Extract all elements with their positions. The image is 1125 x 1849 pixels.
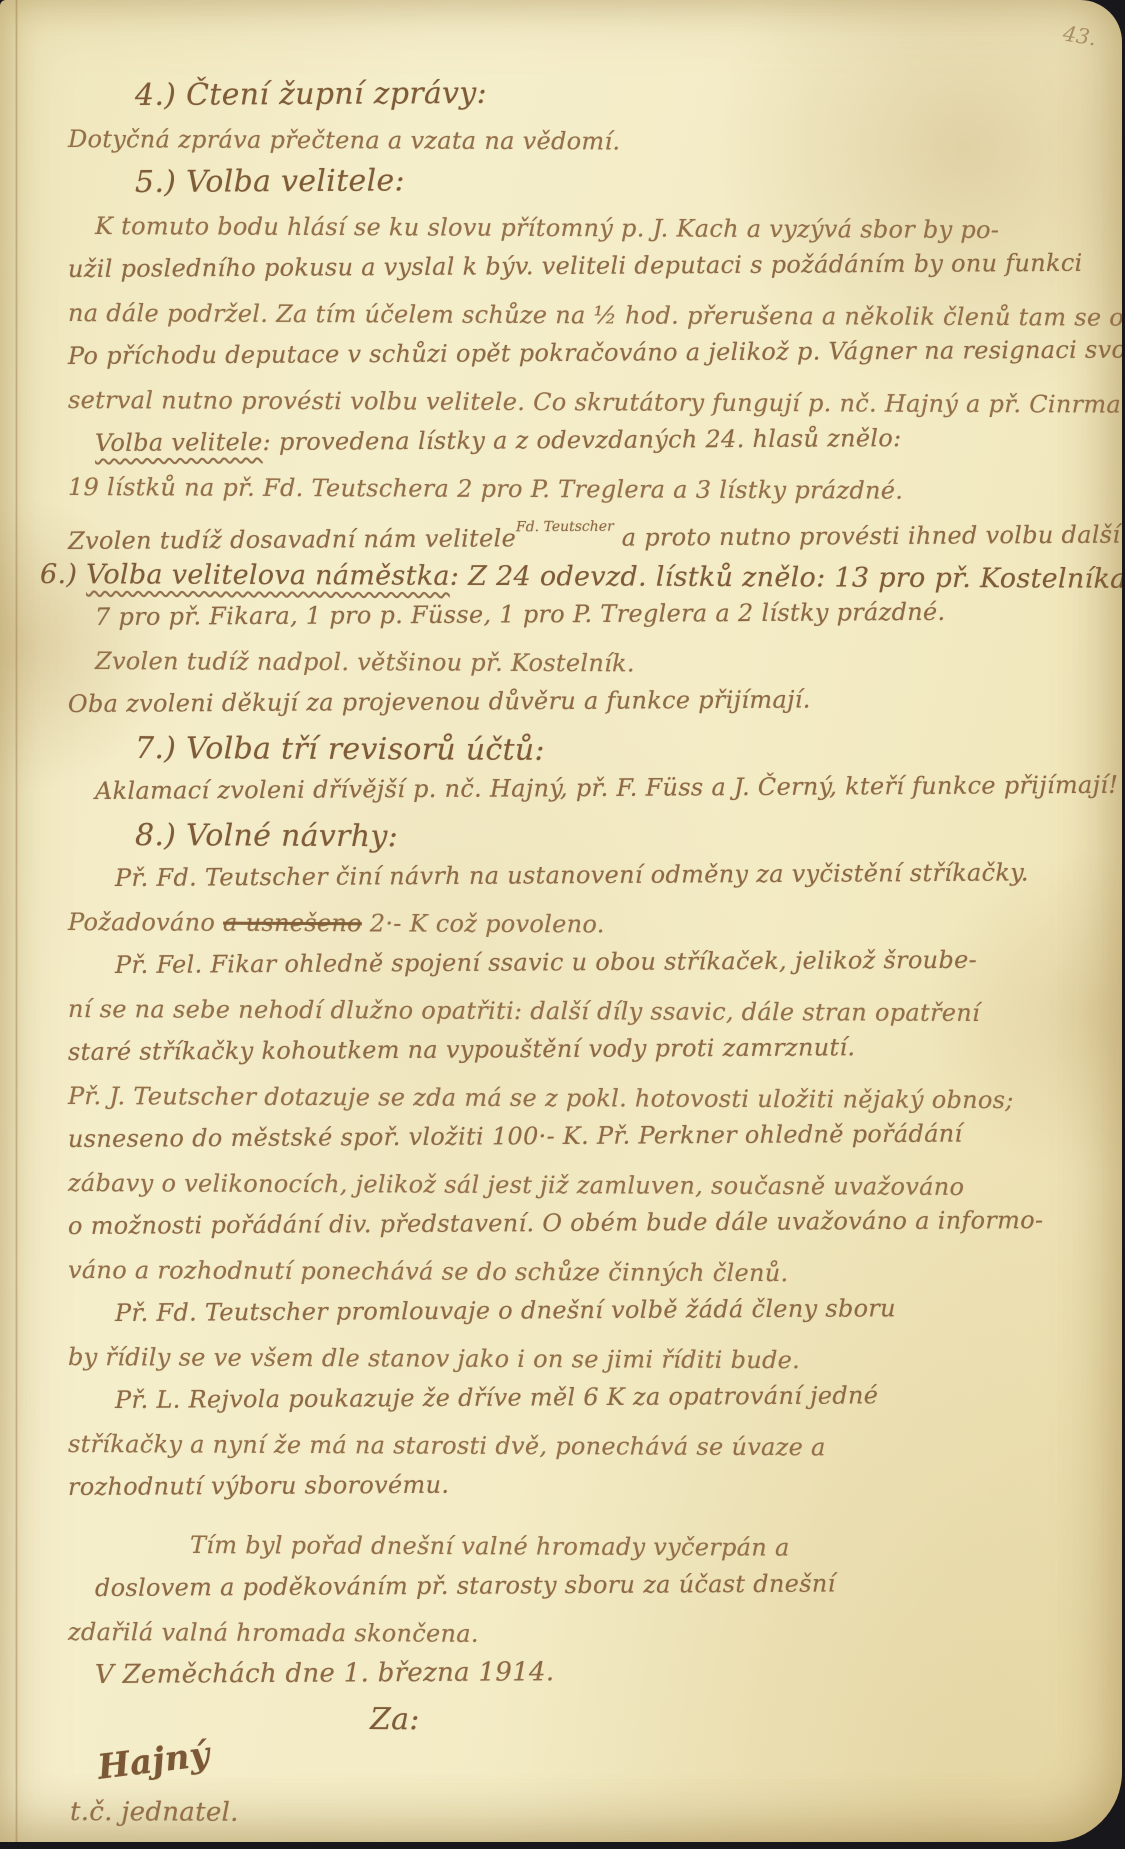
manuscript-line: Oba zvoleni děkují za projevenou důvěru … [68, 677, 1094, 727]
manuscript-line: doslovem a poděkováním př. starosty sbor… [95, 1561, 1094, 1611]
text-segment: staré stříkačky kohoutkem na vypouštění … [68, 1033, 856, 1066]
manuscript-line: t.č. jednatel. [70, 1791, 1094, 1839]
text-segment: doslovem a poděkováním př. starosty sbor… [95, 1569, 836, 1602]
manuscript-line: staré stříkačky kohoutkem na vypouštění … [68, 1025, 1094, 1075]
manuscript-line: Př. L. Rejvola poukazuje že dříve měl 6 … [115, 1373, 1094, 1422]
manuscript-line: Př. Fd. Teutscher promlouvaje o dnešní v… [115, 1286, 1094, 1335]
text-segment: Př. J. Teutscher dotazuje se zda má se z… [68, 1082, 1014, 1114]
text-segment: by řídily se ve všem dle stanov jako i o… [68, 1343, 800, 1374]
text-segment: váno a rozhodnutí ponechává se do schůze… [68, 1256, 789, 1287]
manuscript-line: Volba velitele: provedena lístky a z ode… [95, 416, 1094, 466]
text-segment: Aklamací zvoleni dřívější p. nč. Hajný, … [95, 771, 1118, 805]
manuscript-page: 43. 4.) Čtení župní zprávy:Dotyčná zpráv… [0, 0, 1122, 1842]
manuscript-line: Aklamací zvoleni dřívější p. nč. Hajný, … [95, 764, 1094, 814]
inserted-text: Fd. Teutscher [516, 519, 614, 536]
text-segment: 2·- K což povoleno. [362, 909, 605, 938]
text-segment: : Z 24 odevzd. lístků znělo: 13 pro př. … [450, 560, 1122, 594]
manuscript-line: Po příchodu deputace v schůzi opět pokra… [68, 329, 1094, 379]
manuscript-line: 4.) Čtení župní zprávy: [135, 68, 1094, 117]
text-segment: 4.) Čtení župní zprávy: [135, 76, 487, 113]
text-segment: Hajný [95, 1734, 211, 1787]
manuscript-line: 7 pro př. Fikara, 1 pro p. Füsse, 1 pro … [95, 590, 1094, 640]
text-segment: 7.) Volba tří revisorů účtů: [135, 731, 545, 768]
text-segment: na dále podržel. Za tím účelem schůze na… [68, 299, 1122, 332]
text-segment: 5.) Volba velitele: [135, 163, 405, 200]
text-segment: Požadováno [68, 908, 223, 937]
text-segment: Oba zvoleni děkují za projevenou důvěru … [68, 685, 811, 718]
text-segment: t.č. jednatel. [70, 1797, 239, 1828]
manuscript-line: o možnosti pořádání div. představení. O … [68, 1199, 1094, 1249]
manuscript-line: Př. Fel. Fikar ohledně spojení ssavic u … [115, 938, 1094, 987]
text-segment: zábavy o velikonocích, jelikož sál jest … [68, 1169, 964, 1201]
text-segment: stříkačky a nyní že má na starosti dvě, … [68, 1430, 826, 1461]
text-segment: Př. Fel. Fikar ohledně spojení ssavic u … [115, 946, 977, 979]
text-segment: Tím byl pořad dnešní valné hromady vyčer… [190, 1531, 790, 1562]
text-segment: Po příchodu deputace v schůzi opět pokra… [68, 335, 1122, 370]
text-segment: Př. Fd. Teutscher promlouvaje o dnešní v… [115, 1294, 896, 1327]
text-segment: V Zeměchách dne 1. března 1914. [95, 1657, 555, 1690]
text-segment: Zvolen tudíž dosavadní nám velitele [68, 524, 516, 555]
underlined-text: Volba velitelova náměstka [86, 559, 450, 592]
text-segment: Zvolen tudíž nadpol. většinou př. Kostel… [95, 647, 635, 677]
text-segment: Př. L. Rejvola poukazuje že dříve měl 6 … [115, 1381, 878, 1414]
text-segment: Př. Fd. Teutscher činí návrh na ustanove… [115, 858, 1029, 892]
manuscript-line: rozhodnutí výboru sborovému. [68, 1460, 1094, 1510]
text-segment: : provedena lístky a z odevzdaných 24. h… [263, 424, 902, 456]
manuscript-line: užil posledního pokusu a vyslal k býv. v… [68, 242, 1094, 292]
manuscript-line: Př. Fd. Teutscher činí návrh na ustanove… [115, 851, 1094, 900]
text-segment: 6.) [40, 559, 86, 590]
text-segment: rozhodnutí výboru sborovému. [68, 1471, 449, 1501]
text-segment: užil posledního pokusu a vyslal k býv. v… [68, 249, 1083, 283]
manuscript-lines: 4.) Čtení župní zprávy:Dotyčná zpráva př… [40, 74, 1094, 1834]
page-number: 43. [1061, 22, 1098, 51]
text-segment: ní se na sebe nehodí dlužno opatřiti: da… [68, 995, 980, 1027]
text-segment: 19 lístků na př. Fd. Teutschera 2 pro P.… [68, 473, 903, 505]
text-segment: o možnosti pořádání div. představení. O … [68, 1206, 1044, 1240]
struck-text: a usnešeno [223, 908, 362, 937]
underlined-text: Volba velitele [95, 428, 263, 457]
text-segment: usneseno do městské spoř. vložiti 100·- … [68, 1120, 963, 1153]
text-segment: 7 pro př. Fikara, 1 pro p. Füsse, 1 pro … [95, 598, 946, 631]
text-segment: setrval nutno provésti volbu velitele. C… [68, 386, 1122, 419]
text-segment: zdařilá valná hromada skončena. [68, 1618, 479, 1648]
text-segment: a proto nutno provésti ihned volbu další… [614, 521, 1122, 552]
text-segment: Dotyčná zpráva přečtena a vzata na vědom… [68, 125, 621, 155]
manuscript-line: Zvolen tudíž dosavadní nám veliteleFd. T… [68, 503, 1094, 553]
text-segment: 8.) Volné návrhy: [135, 818, 398, 854]
manuscript-line: 5.) Volba velitele: [135, 155, 1094, 204]
manuscript-line: usneseno do městské spoř. vložiti 100·- … [68, 1112, 1094, 1162]
text-segment: K tomuto bodu hlásí se ku slovu přítomný… [95, 212, 999, 244]
